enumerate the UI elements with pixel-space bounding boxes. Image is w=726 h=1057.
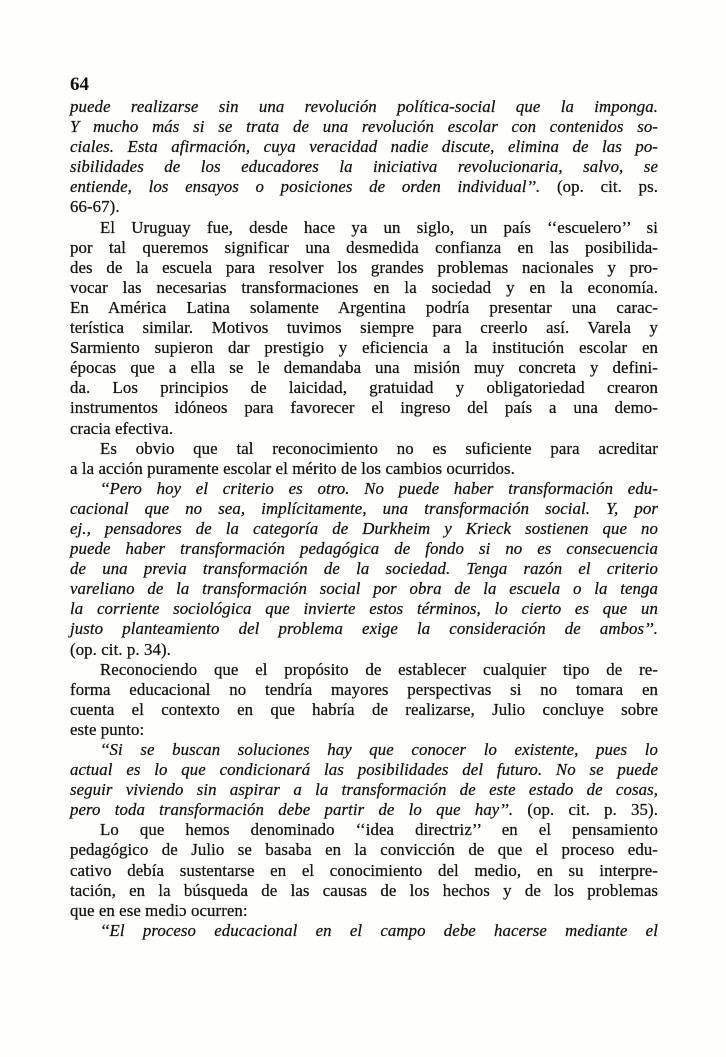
body-text: forma educacional no tendría mayores per… [70,680,658,699]
text-line: ‘‘Pero hoy el criterio es otro. No puede… [70,479,658,499]
quoted-italic-text: seguir viviendo sin aspirar a la transfo… [70,780,658,799]
body-text: 66-67). [70,197,120,216]
text-line: da. Los principios de laicidad, gratuida… [70,378,658,398]
quoted-italic-text: ej., pensadores de la categoría de Durkh… [70,519,658,538]
quoted-italic-text: ‘‘El proceso educacional en el campo deb… [100,921,658,940]
body-text: Sarmiento supieron dar prestigio y efici… [70,338,658,357]
text-line: puede realizarse sin una revolución polí… [70,97,658,117]
text-line: cativo debía sustentarse en el conocimie… [70,861,658,881]
quoted-italic-text: de una previa transformación de la socie… [70,559,658,578]
text-line: actual es lo que condicionará las posibi… [70,760,658,780]
quoted-italic-text: actual es lo que condicionará las posibi… [70,760,658,779]
text-line: a la acción puramente escolar el mérito … [70,459,658,479]
text-line: tación, en la búsqueda de las causas de … [70,881,658,901]
text-line: instrumentos idóneos para favorecer el i… [70,398,658,418]
text-line: terística similar. Motivos tuvimos siemp… [70,318,658,338]
text-line: entiende, los ensayos o posiciones de or… [70,177,658,197]
body-text: des de la escuela para resolver los gran… [70,258,658,277]
text-line: Es obvio que tal reconocimiento no es su… [70,439,658,459]
quoted-italic-text: ciales. Esta afirmación, cuya veracidad … [70,137,658,156]
text-line: Sarmiento supieron dar prestigio y efici… [70,338,658,358]
quoted-italic-text: vareliano de la transformación social po… [70,579,658,598]
text-line: 66-67). [70,197,658,217]
text-line: vocar las necesarias transformaciones en… [70,278,658,298]
body-text: (op. cit. p. 35). [513,800,658,819]
quoted-italic-text: sibilidades de los educadores la iniciat… [70,157,658,176]
text-line: En América Latina solamente Argentina po… [70,298,658,318]
body-text: este punto: [70,720,144,739]
text-line: puede haber transformación pedagógica de… [70,539,658,559]
quoted-italic-text: pero toda transformación debe partir de … [70,800,513,819]
text-line: sibilidades de los educadores la iniciat… [70,157,658,177]
text-line: cacional que no sea, implícitamente, una… [70,499,658,519]
body-text: que en ese mediɔ ocurren: [70,901,248,920]
text-line: des de la escuela para resolver los gran… [70,258,658,278]
text-line: (op. cit. p. 34). [70,640,658,660]
text-line: pedagógico de Julio se basaba en la conv… [70,840,658,860]
text-line: ej., pensadores de la categoría de Durkh… [70,519,658,539]
body-text: tación, en la búsqueda de las causas de … [70,881,658,900]
body-text: El Uruguay fue, desde hace ya un siglo, … [100,218,658,237]
quoted-italic-text: puede haber transformación pedagógica de… [70,539,658,558]
text-line: ‘‘Si se buscan soluciones hay que conoce… [70,740,658,760]
body-text: terística similar. Motivos tuvimos siemp… [70,318,658,337]
page-number: 64 [70,74,89,96]
text-line: ciales. Esta afirmación, cuya veracidad … [70,137,658,157]
body-text: cracia efectiva. [70,419,173,438]
quoted-italic-text: la corriente sociológica que invierte es… [70,599,658,618]
text-line: cracia efectiva. [70,419,658,439]
quoted-italic-text: cacional que no sea, implícitamente, una… [70,499,658,518]
document-page: 64 puede realizarse sin una revolución p… [0,0,726,1057]
text-line: seguir viviendo sin aspirar a la transfo… [70,780,658,800]
body-text: (op. cit. ps. [540,177,658,196]
text-block: puede realizarse sin una revolución polí… [70,97,658,941]
text-line: El Uruguay fue, desde hace ya un siglo, … [70,218,658,238]
text-line: épocas que a ella se le demandaba una mi… [70,358,658,378]
text-line: Y mucho más si se trata de una revolució… [70,117,658,137]
body-text: cuenta el contexto en que habría de real… [70,700,658,719]
body-text: instrumentos idóneos para favorecer el i… [70,398,658,417]
text-line: de una previa transformación de la socie… [70,559,658,579]
text-line: por tal queremos significar una desmedid… [70,238,658,258]
quoted-italic-text: justo planteamiento del problema exige l… [70,619,658,638]
quoted-italic-text: ‘‘Pero hoy el criterio es otro. No puede… [100,479,658,498]
text-line: este punto: [70,720,658,740]
text-line: vareliano de la transformación social po… [70,579,658,599]
text-line: pero toda transformación debe partir de … [70,800,658,820]
text-line: Lo que hemos denominado ‘‘idea directriz… [70,820,658,840]
text-line: forma educacional no tendría mayores per… [70,680,658,700]
body-text: Reconociendo que el propósito de estable… [100,660,658,679]
body-text: da. Los principios de laicidad, gratuida… [70,378,658,397]
body-text: Lo que hemos denominado ‘‘idea directriz… [100,820,658,839]
text-line: que en ese mediɔ ocurren: [70,901,658,921]
body-text: por tal queremos significar una desmedid… [70,238,658,257]
quoted-italic-text: puede realizarse sin una revolución polí… [70,97,658,116]
quoted-italic-text: Y mucho más si se trata de una revolució… [70,117,658,136]
body-text: (op. cit. p. 34). [70,640,171,659]
text-line: justo planteamiento del problema exige l… [70,619,658,639]
body-text: pedagógico de Julio se basaba en la conv… [70,840,658,859]
body-text: En América Latina solamente Argentina po… [70,298,658,317]
text-line: Reconociendo que el propósito de estable… [70,660,658,680]
text-line: cuenta el contexto en que habría de real… [70,700,658,720]
body-text: cativo debía sustentarse en el conocimie… [70,861,658,880]
text-line: ‘‘El proceso educacional en el campo deb… [70,921,658,941]
body-text: vocar las necesarias transformaciones en… [70,278,658,297]
quoted-italic-text: ‘‘Si se buscan soluciones hay que conoce… [100,740,658,759]
body-text: épocas que a ella se le demandaba una mi… [70,358,658,377]
body-text: Es obvio que tal reconocimiento no es su… [100,439,658,458]
quoted-italic-text: entiende, los ensayos o posiciones de or… [70,177,540,196]
text-line: la corriente sociológica que invierte es… [70,599,658,619]
body-text: a la acción puramente escolar el mérito … [70,459,515,478]
